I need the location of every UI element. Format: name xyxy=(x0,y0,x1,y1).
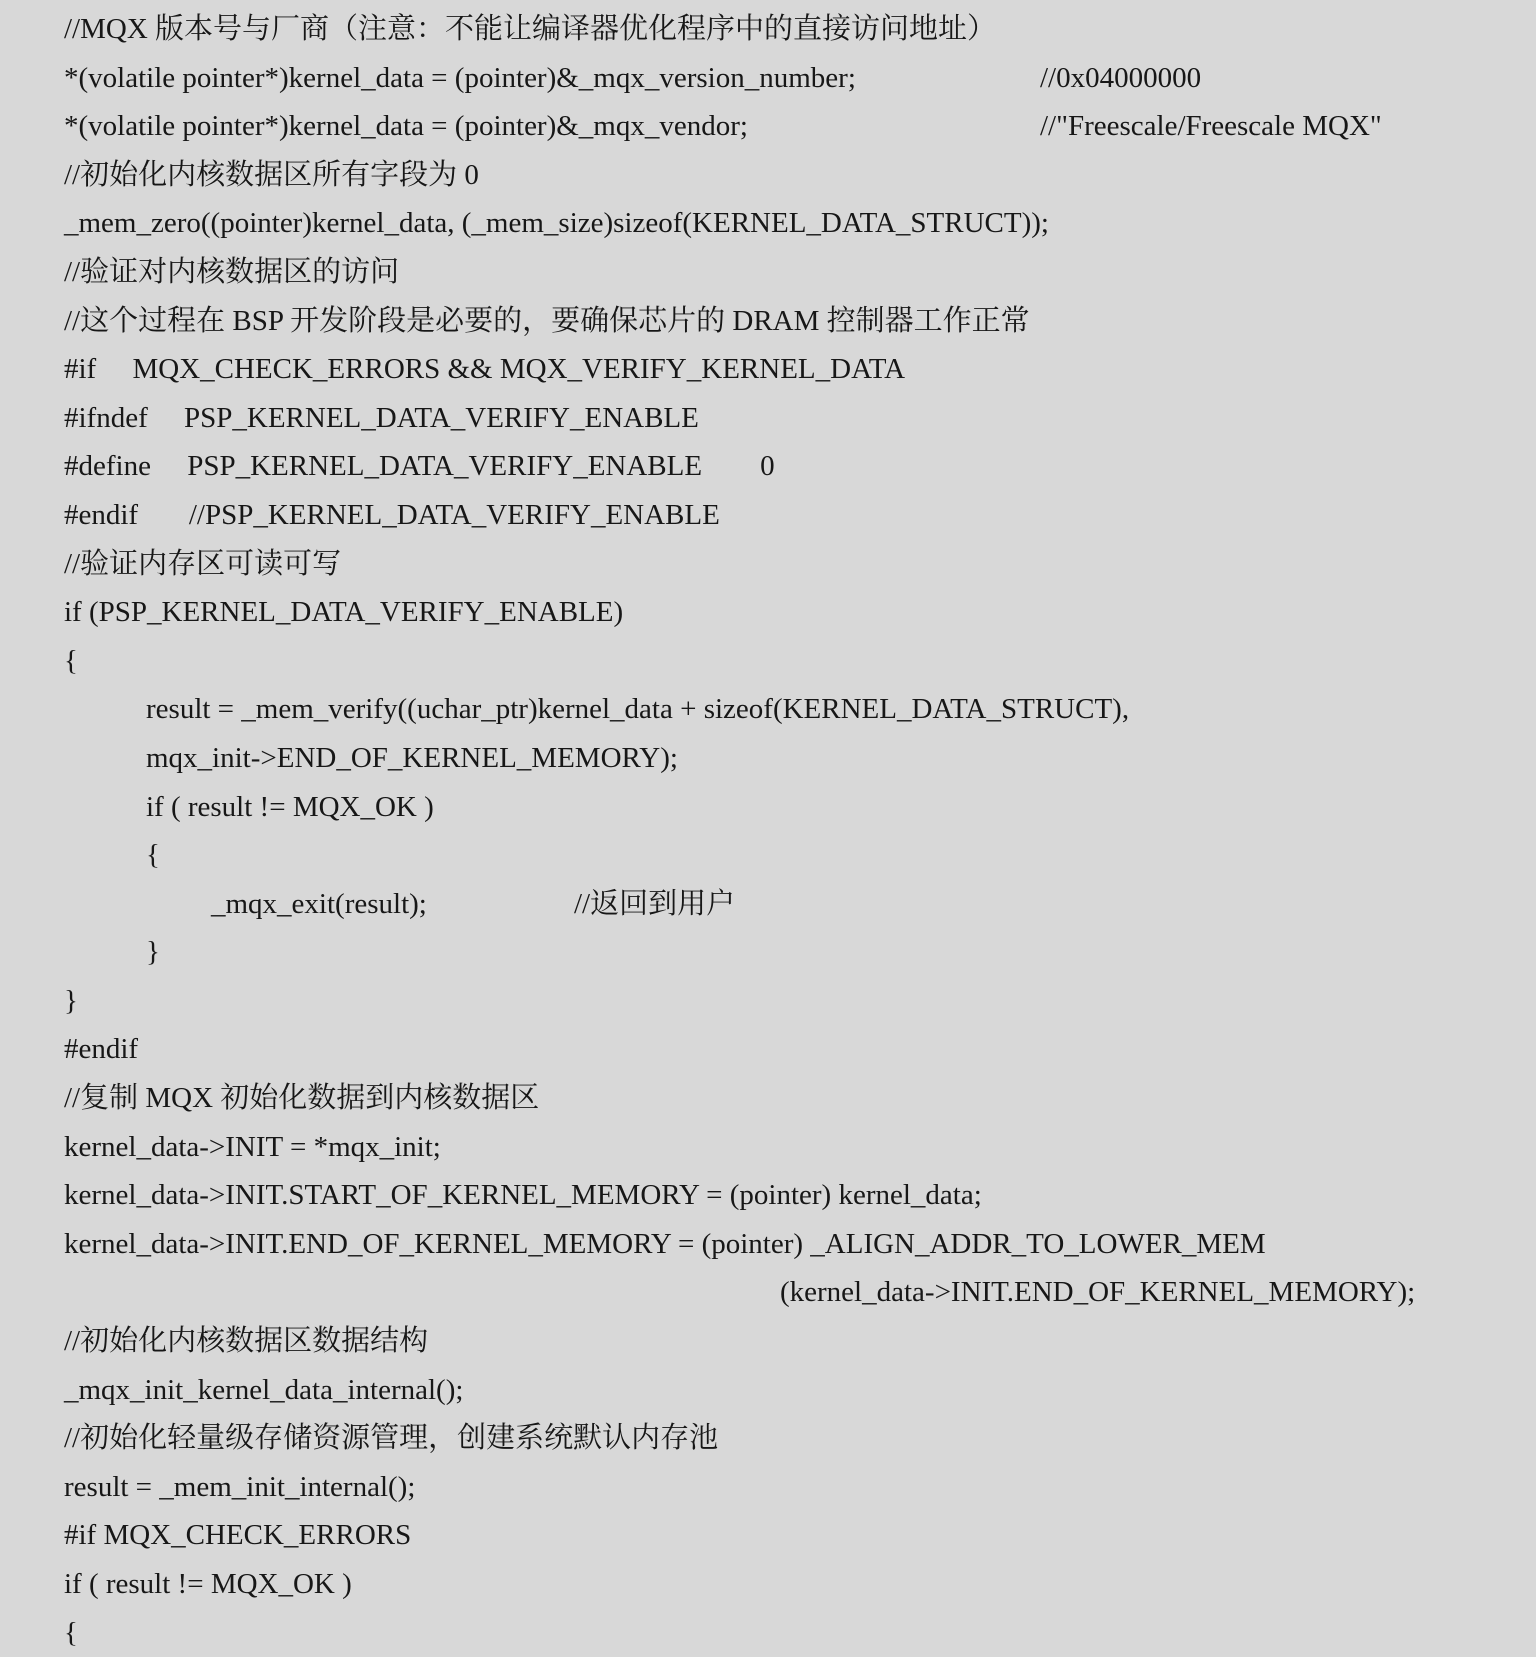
code-line: (kernel_data->INIT.END_OF_KERNEL_MEMORY)… xyxy=(0,1268,1536,1317)
code-text: #define PSP_KERNEL_DATA_VERIFY_ENABLE 0 xyxy=(64,450,775,482)
code-line: //初始化轻量级存储资源管理，创建系统默认内存池 xyxy=(0,1414,1536,1463)
code-line: } xyxy=(0,977,1536,1026)
code-listing: //MQX 版本号与厂商（注意：不能让编译器优化程序中的直接访问地址）*(vol… xyxy=(0,5,1536,1657)
code-line: if ( result != MQX_OK ) xyxy=(0,1560,1536,1609)
code-text: #if MQX_CHECK_ERRORS xyxy=(64,1519,411,1551)
code-line: _mqx_exit(result);//返回到用户 xyxy=(0,880,1536,929)
code-line: #define PSP_KERNEL_DATA_VERIFY_ENABLE 0 xyxy=(0,442,1536,491)
code-text: _mqx_init_kernel_data_internal(); xyxy=(64,1374,463,1406)
code-line: } xyxy=(0,928,1536,977)
code-text: { xyxy=(146,839,160,871)
code-text: _mqx_exit(result); xyxy=(211,888,427,920)
code-text: (kernel_data->INIT.END_OF_KERNEL_MEMORY)… xyxy=(780,1276,1415,1308)
code-line: #endif //PSP_KERNEL_DATA_VERIFY_ENABLE xyxy=(0,491,1536,540)
code-text: kernel_data->INIT = *mqx_init; xyxy=(64,1131,441,1163)
code-text: //验证内存区可读可写 xyxy=(64,548,341,580)
code-line: #if MQX_CHECK_ERRORS xyxy=(0,1511,1536,1560)
code-line: //初始化内核数据区数据结构 xyxy=(0,1317,1536,1366)
code-text: #endif xyxy=(64,1033,138,1065)
code-text: mqx_init->END_OF_KERNEL_MEMORY); xyxy=(146,742,678,774)
code-text: //初始化轻量级存储资源管理，创建系统默认内存池 xyxy=(64,1422,718,1454)
code-text: //初始化内核数据区数据结构 xyxy=(64,1325,428,1357)
code-line: //复制 MQX 初始化数据到内核数据区 xyxy=(0,1074,1536,1123)
code-line: #endif xyxy=(0,1025,1536,1074)
code-text: //这个过程在 BSP 开发阶段是必要的，要确保芯片的 DRAM 控制器工作正常 xyxy=(64,305,1030,337)
code-line: result = _mem_verify((uchar_ptr)kernel_d… xyxy=(0,685,1536,734)
code-text: result = _mem_verify((uchar_ptr)kernel_d… xyxy=(146,693,1129,725)
inline-comment: //0x04000000 xyxy=(1040,54,1201,103)
code-listing-page: //MQX 版本号与厂商（注意：不能让编译器优化程序中的直接访问地址）*(vol… xyxy=(0,0,1536,1657)
code-text: //MQX 版本号与厂商（注意：不能让编译器优化程序中的直接访问地址） xyxy=(64,13,996,45)
code-line: { xyxy=(0,1609,1536,1657)
code-line: kernel_data->INIT.END_OF_KERNEL_MEMORY =… xyxy=(0,1220,1536,1269)
code-text: *(volatile pointer*)kernel_data = (point… xyxy=(64,62,856,94)
code-text: #if MQX_CHECK_ERRORS && MQX_VERIFY_KERNE… xyxy=(64,353,905,385)
code-line: kernel_data->INIT = *mqx_init; xyxy=(0,1123,1536,1172)
code-text: _mem_zero((pointer)kernel_data, (_mem_si… xyxy=(64,207,1049,239)
code-text: if ( result != MQX_OK ) xyxy=(64,1568,352,1600)
inline-comment: //返回到用户 xyxy=(574,880,735,929)
code-line: result = _mem_init_internal(); xyxy=(0,1463,1536,1512)
code-line: { xyxy=(0,637,1536,686)
code-text: { xyxy=(64,1617,78,1649)
code-line: *(volatile pointer*)kernel_data = (point… xyxy=(0,54,1536,103)
code-text: //复制 MQX 初始化数据到内核数据区 xyxy=(64,1082,539,1114)
code-line: if (PSP_KERNEL_DATA_VERIFY_ENABLE) xyxy=(0,588,1536,637)
code-line: _mqx_init_kernel_data_internal(); xyxy=(0,1366,1536,1415)
code-text: } xyxy=(146,936,160,968)
code-text: result = _mem_init_internal(); xyxy=(64,1471,415,1503)
code-text: } xyxy=(64,985,78,1017)
code-line: _mem_zero((pointer)kernel_data, (_mem_si… xyxy=(0,199,1536,248)
inline-comment: //"Freescale/Freescale MQX" xyxy=(1040,102,1382,151)
code-text: if ( result != MQX_OK ) xyxy=(146,791,434,823)
code-line: //MQX 版本号与厂商（注意：不能让编译器优化程序中的直接访问地址） xyxy=(0,5,1536,54)
code-text: //初始化内核数据区所有字段为 0 xyxy=(64,159,479,191)
code-line: mqx_init->END_OF_KERNEL_MEMORY); xyxy=(0,734,1536,783)
code-line: kernel_data->INIT.START_OF_KERNEL_MEMORY… xyxy=(0,1171,1536,1220)
code-line: //初始化内核数据区所有字段为 0 xyxy=(0,151,1536,200)
code-text: kernel_data->INIT.START_OF_KERNEL_MEMORY… xyxy=(64,1179,982,1211)
code-text: kernel_data->INIT.END_OF_KERNEL_MEMORY =… xyxy=(64,1228,1266,1260)
code-text: { xyxy=(64,645,78,677)
code-text: *(volatile pointer*)kernel_data = (point… xyxy=(64,110,748,142)
code-line: #if MQX_CHECK_ERRORS && MQX_VERIFY_KERNE… xyxy=(0,345,1536,394)
code-text: if (PSP_KERNEL_DATA_VERIFY_ENABLE) xyxy=(64,596,623,628)
code-line: //这个过程在 BSP 开发阶段是必要的，要确保芯片的 DRAM 控制器工作正常 xyxy=(0,297,1536,346)
code-line: { xyxy=(0,831,1536,880)
code-line: if ( result != MQX_OK ) xyxy=(0,783,1536,832)
code-text: #endif //PSP_KERNEL_DATA_VERIFY_ENABLE xyxy=(64,499,720,531)
code-text: //验证对内核数据区的访问 xyxy=(64,256,399,288)
code-line: //验证内存区可读可写 xyxy=(0,540,1536,589)
code-line: //验证对内核数据区的访问 xyxy=(0,248,1536,297)
code-line: *(volatile pointer*)kernel_data = (point… xyxy=(0,102,1536,151)
code-text: #ifndef PSP_KERNEL_DATA_VERIFY_ENABLE xyxy=(64,402,699,434)
code-line: #ifndef PSP_KERNEL_DATA_VERIFY_ENABLE xyxy=(0,394,1536,443)
